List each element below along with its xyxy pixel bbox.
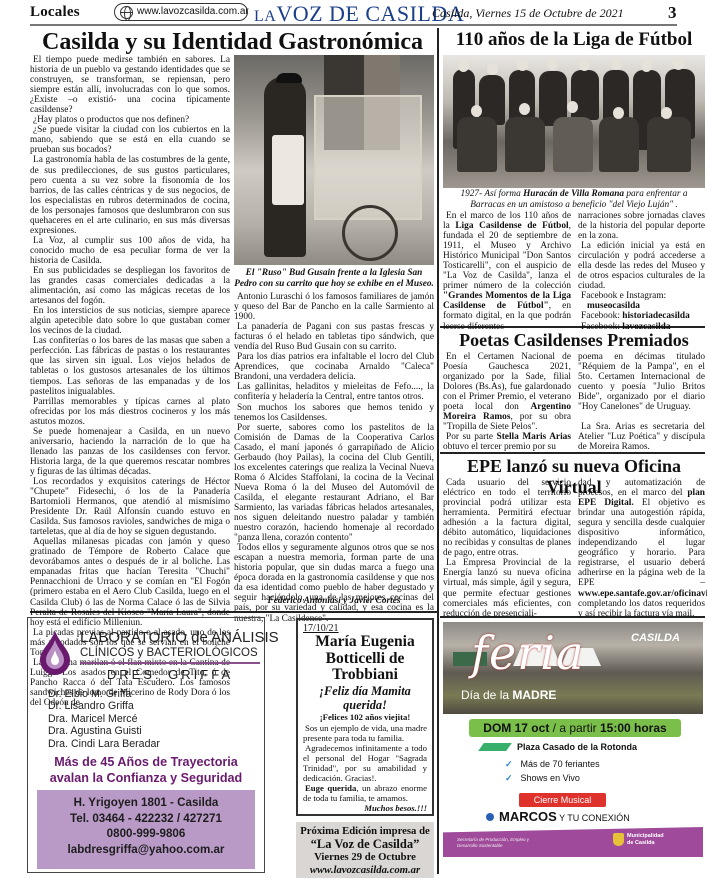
paragraph: La edición inicial ya está en circulació… — [578, 241, 705, 291]
caption-team: Huracán de Villa Romana — [523, 189, 624, 199]
paragraph: Las gallinitas, heladitos y mieleitas de… — [234, 382, 434, 402]
microphone-icon — [486, 813, 494, 821]
date: DOM 17 oct — [483, 721, 549, 735]
byline: Federico Antoniasi y Javier Cortés — [234, 596, 434, 606]
epe-virtual-office-link[interactable]: www.epe.santafe.gov.ar/oficinavirtual — [578, 589, 707, 599]
dateline: Casilda, Viernes 15 de Octubre de 2021 — [432, 6, 624, 21]
lab-title: LABORATORIO de ANÁLISIS — [80, 629, 279, 646]
paragraph: Son muchos los sabores que hemos tenido … — [234, 403, 434, 423]
epe-column-1: Cada usuario del servicio eléctrico en t… — [443, 478, 571, 619]
doctor-name: Dr. Elbio M. Griffa — [48, 688, 160, 700]
feature-item: ✓Más de 70 feriantes — [505, 757, 600, 771]
feria-title: feria — [471, 626, 584, 680]
face — [547, 58, 558, 70]
face — [487, 63, 498, 75]
liga-column-1: En el marco de los 110 años de la Liga C… — [443, 211, 571, 332]
main-article-column-2: Antonio Luraschi ó los famosos familiare… — [234, 292, 434, 624]
paragraph: narraciones sobre jornadas claves de la … — [578, 211, 705, 241]
lab-slogan: Más de 45 Años de Trayectoria avalan la … — [28, 754, 264, 786]
player — [457, 117, 497, 172]
paragraph: En el Certamen Nacional de Poesía Gauche… — [443, 352, 571, 432]
face — [613, 107, 624, 119]
doctor-name: Dr. Lisandro Griffa — [48, 700, 160, 712]
lab-subtitle: CLÍNICOS y BACTERIOLÓGICOS — [80, 647, 258, 659]
sponsor-secretaria: Secretaría de Producción, Empleo y Desar… — [457, 837, 547, 849]
website-link[interactable]: www.lavozcasilda.com.ar — [296, 864, 434, 877]
lab-contact-box: H. Yrigoyen 1801 - Casilda Tel. 03464 - … — [37, 790, 255, 869]
masthead: Locales www.lavozcasilda.com.ar LAVOZ DE… — [0, 0, 707, 26]
hat — [276, 73, 302, 83]
band-bold: MARCOS — [499, 809, 557, 824]
paragraph: dad y automatización de procesos, en el … — [578, 478, 705, 619]
closing-music-badge: Cierre Musical — [519, 793, 606, 807]
bold-text: Stella Maris Arias — [497, 432, 572, 442]
check-icon: ✓ — [505, 773, 513, 783]
paragraph: Por suerte, sabores como los pastelitos … — [234, 423, 434, 544]
paragraph: Las confiterías o los bares de las masas… — [30, 336, 230, 396]
social-handle-historiadecasilda[interactable]: historiadecasilda — [622, 311, 690, 321]
face — [579, 59, 590, 71]
doctor-name: Dra. Agustina Guisti — [48, 725, 160, 737]
face — [661, 107, 672, 119]
facebook-label: Facebook: — [581, 311, 622, 321]
poetas-headline: Poetas Casildenses Premiados — [443, 330, 705, 351]
shield-icon — [613, 833, 624, 846]
text: , fundada el 20 de septiembre de 1911, e… — [443, 221, 571, 291]
paragraph: Los recordados y exquisitos caterings de… — [30, 477, 230, 537]
greeting-body: Sos un ejemplo de vida, una madre presen… — [303, 723, 427, 803]
paragraph: La Sra. Arias es secretaria del Atelier … — [578, 422, 705, 452]
paragraph: Para los días patrios era infaltable el … — [234, 352, 434, 382]
lab-dres: DRES. GRIFFA — [80, 667, 260, 682]
text: dad y automatización de procesos, en el … — [578, 478, 705, 498]
player — [647, 117, 691, 172]
paragraph: En los intersticios de sus noticias, sie… — [30, 306, 230, 336]
paragraph: ¿Se puede visitar la ciudad con los cubi… — [30, 125, 230, 155]
casilda-logo: CASILDA — [631, 632, 680, 644]
greeting-age: ¡Felices 102 años viejita! — [303, 712, 427, 723]
social-label: Facebook e Instagram: — [578, 291, 705, 301]
player — [571, 70, 599, 120]
face — [641, 60, 652, 72]
vendor-cart-photo — [234, 55, 434, 265]
paragraph: En el marco de los 110 años de la Liga C… — [443, 211, 571, 332]
cart-wheel — [342, 205, 398, 261]
social-handle-museocasilda[interactable]: museocasilda — [587, 301, 640, 311]
paragraph: La panadería de Pagani con sus pastas fr… — [234, 322, 434, 352]
paragraph: Antonio Luraschi ó los famosos familiare… — [234, 292, 434, 322]
feature-text: Shows en Vivo — [521, 773, 580, 783]
feature-item: ✓Shows en Vivo — [505, 771, 600, 785]
main-article-column-1: El tiempo puede medirse también en sabor… — [30, 55, 230, 708]
text: Por su parte — [446, 432, 497, 442]
paragraph: Aquellas milanesas picadas con jamón y q… — [30, 537, 230, 627]
lab-divider — [80, 662, 260, 664]
drop-logo-icon — [38, 630, 72, 676]
check-icon: ✓ — [505, 759, 513, 769]
text: El objetivo es brindar una autogestión r… — [578, 498, 705, 588]
face — [458, 60, 469, 72]
paragraph: Agradecemos infinitamente a todo el pers… — [303, 743, 427, 783]
liga-column-2: narraciones sobre jornadas claves de la … — [578, 211, 705, 332]
masthead-divider — [30, 24, 677, 26]
face — [611, 58, 622, 70]
bold-text: Liga Casildense de Fútbol — [455, 221, 568, 231]
epe-column-2: dad y automatización de procesos, en el … — [578, 478, 705, 619]
band-name: MARCOS Y TU CONEXIÓN — [486, 809, 630, 824]
player — [599, 117, 639, 172]
paragraph: poema en décimas titulado "Réquiem de la… — [578, 352, 705, 412]
feature-text: Más de 70 feriantes — [521, 759, 600, 769]
photo-caption: El "Ruso" Bud Gusain frente a la Iglesia… — [234, 268, 434, 289]
next-edition-date: Viernes 29 de Octubre — [296, 851, 434, 864]
bold-text: Euge querida — [305, 783, 356, 793]
website-link[interactable]: www.lavozcasilda.com.ar — [114, 3, 248, 21]
section-name: Locales — [30, 4, 80, 21]
paragraph: Sos un ejemplo de vida, una madre presen… — [303, 723, 427, 743]
caption-text: 1927- Así forma — [460, 189, 523, 199]
football-team-photo — [443, 55, 705, 188]
next-edition-box: Próxima Edición impresa de “La Voz de Ca… — [296, 822, 434, 878]
face — [567, 101, 578, 113]
paragraph: El tiempo puede medirse también en sabor… — [30, 55, 230, 115]
doctor-name: Dra. Maricel Mercé — [48, 713, 160, 725]
text: obtuvo el tercer premio por su — [443, 442, 556, 452]
face — [673, 58, 684, 70]
lab-email[interactable]: labdresgriffa@yahoo.com.ar — [37, 842, 255, 858]
feria-ad: feria Día de la MADRE CASILDA DOM 17 oct… — [443, 622, 703, 878]
logo-prefix: LA — [254, 8, 276, 25]
paragraph: Por su parte Stella Maris Arias obtuvo e… — [443, 432, 571, 452]
feria-place: Plaza Casado de la Rotonda — [517, 742, 637, 752]
poetas-column-1: En el Certamen Nacional de Poesía Gauche… — [443, 352, 571, 452]
lab-phone[interactable]: Tel. 03464 - 422232 / 427271 — [37, 811, 255, 827]
feria-features: ✓Más de 70 feriantes ✓Shows en Vivo — [505, 757, 600, 785]
band-rest: Y TU CONEXIÓN — [557, 813, 630, 823]
municipalidad-logo: Municipalidad de Casilda — [613, 833, 664, 846]
paragraph: Cada usuario del servicio eléctrico en t… — [443, 478, 571, 558]
lab-toll-free[interactable]: 0800-999-9806 — [37, 826, 255, 842]
paragraph: La Empresa Provincial de la Energía lanz… — [443, 558, 571, 618]
slogan-line: Más de 45 Años de Trayectoria — [28, 754, 264, 770]
website-url: www.lavozcasilda.com.ar — [137, 6, 249, 17]
player — [553, 117, 593, 172]
paragraph: Parrillas memorables y típicas carnes al… — [30, 397, 230, 427]
column-divider — [437, 28, 439, 874]
face — [517, 59, 528, 71]
newspaper-name: “La Voz de Casilda” — [296, 838, 434, 851]
greeting-signoff: Muchos besos.!!! — [303, 803, 427, 813]
time: 15:00 horas — [600, 721, 667, 735]
globe-icon — [120, 6, 133, 19]
poetas-column-2: poema en décimas titulado "Réquiem de la… — [578, 352, 705, 452]
player — [505, 117, 545, 172]
team-photo-caption: 1927- Así forma Huracán de Villa Romana … — [443, 189, 705, 210]
doctor-list: Dr. Elbio M. Griffa Dr. Lisandro Griffa … — [48, 688, 160, 750]
lab-address: H. Yrigoyen 1801 - Casilda — [37, 795, 255, 811]
feria-date-banner: DOM 17 oct / a partir 15:00 horas — [469, 719, 681, 737]
page-number: 3 — [668, 3, 677, 23]
greeting-name: María Eugenia Botticelli de Trobbiani — [303, 634, 427, 684]
greeting-wish: ¡Feliz día Mamita querida! — [303, 684, 427, 712]
text: / a partir — [549, 721, 600, 735]
liga-headline: 110 años de la Liga de Fútbol — [443, 29, 705, 51]
location-icon — [478, 743, 512, 751]
doctor-name: Dra. Cindi Lara Beradar — [48, 738, 160, 750]
paragraph: ¿Hay platos o productos que nos definen? — [30, 115, 230, 125]
bold-text: MADRE — [512, 688, 556, 702]
text: Día de la — [461, 688, 512, 702]
paragraph: Se puede homenajear a Casilda, en un nue… — [30, 427, 230, 477]
paragraph: La gastronomía habla de las costumbres d… — [30, 155, 230, 235]
paragraph: En sus publicidades se despliegan los fa… — [30, 266, 230, 306]
face — [471, 105, 482, 117]
sponsor-line: Municipalidad — [627, 833, 664, 840]
paragraph: La Voz, al cumplir sus 100 años de vida,… — [30, 236, 230, 266]
apron — [272, 135, 304, 205]
main-headline: Casilda y su Identidad Gastronómica — [30, 29, 435, 56]
paragraph: Todos ellos y seguramente algunos otros … — [234, 543, 434, 623]
cart — [314, 95, 422, 220]
face — [519, 103, 530, 115]
slogan-line: avalan la Confianza y Seguridad — [28, 770, 264, 786]
feria-subtitle: Día de la MADRE — [461, 688, 556, 702]
birthday-greeting: 17/10/21 María Eugenia Botticelli de Tro… — [296, 618, 434, 816]
laboratory-ad: LABORATORIO de ANÁLISIS CLÍNICOS y BACTE… — [27, 617, 265, 873]
paragraph: Euge querida, un abrazo enorme de toda t… — [303, 783, 427, 803]
sponsor-line: de Casilda — [627, 840, 664, 847]
